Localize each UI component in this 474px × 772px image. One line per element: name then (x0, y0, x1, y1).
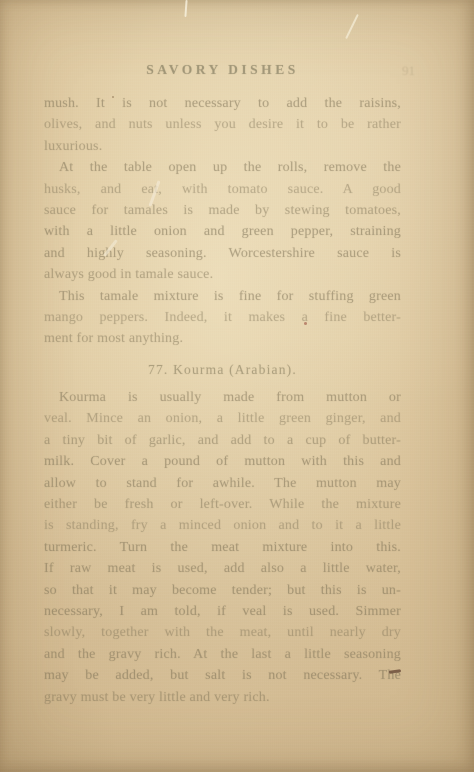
text-line: necessary, I am told, if veal is used. S… (44, 601, 401, 622)
text-line: olives, and nuts unless you desire it to… (44, 114, 401, 135)
text-line: so that it may become tender; but this i… (44, 580, 401, 601)
text-line: sauce for tamales is made by stewing tom… (44, 200, 401, 221)
text-line: allow to stand for awhile. The mutton ma… (44, 473, 401, 494)
text-line: At the table open up the rolls, remove t… (44, 157, 401, 178)
text-line: always good in tamale sauce. (44, 264, 401, 285)
text-line: ment for most anything. (44, 328, 401, 349)
scanned-book-page: SAVORY DISHES 91 mush. It is not necessa… (0, 0, 474, 772)
text-line: mango peppers. Indeed, it makes a fine b… (44, 307, 401, 328)
running-header: SAVORY DISHES 91 (44, 62, 401, 80)
text-line: with a little onion and green pepper, st… (44, 221, 401, 242)
text-line: turmeric. Turn the meat mixture into thi… (44, 537, 401, 558)
text-line: a tiny bit of garlic, and add to a cup o… (44, 430, 401, 451)
text-line: veal. Mince an onion, a little green gin… (44, 408, 401, 429)
text-line: gravy must be very little and very rich. (44, 687, 401, 708)
text-line: is standing, fry a minced onion and to i… (44, 515, 401, 536)
text-line: Kourma is usually made from mutton or (44, 387, 401, 408)
page-title: SAVORY DISHES (44, 62, 401, 78)
text-line: milk. Cover a pound of mutton with this … (44, 451, 401, 472)
text-line: and the gravy rich. At the last a little… (44, 644, 401, 665)
text-line: luxurious. (44, 136, 401, 157)
paragraph: Kourma is usually made from mutton orvea… (44, 387, 401, 708)
text-line: husks, and eat, with tomato sauce. A goo… (44, 179, 401, 200)
paper-scratch-mark (184, 0, 187, 17)
text-line: If raw meat is used, add also a little w… (44, 558, 401, 579)
page-body: mush. It is not necessary to add the rai… (44, 93, 401, 708)
text-line: may be added, but salt is not necessary.… (44, 665, 401, 686)
paragraph: This tamale mixture is fine for stuffing… (44, 286, 401, 350)
text-line: slowly, together with the meat, until ne… (44, 622, 401, 643)
text-line: mush. It is not necessary to add the rai… (44, 93, 401, 114)
paragraph: At the table open up the rolls, remove t… (44, 157, 401, 285)
paper-scratch-mark (345, 14, 359, 39)
section-heading: 77. Kourma (Arabian). (44, 359, 401, 380)
paragraph: mush. It is not necessary to add the rai… (44, 93, 401, 157)
text-line: either be fresh or left-over. While the … (44, 494, 401, 515)
text-line: This tamale mixture is fine for stuffing… (44, 286, 401, 307)
page-number: 91 (402, 63, 415, 79)
text-line: and highly seasoning. Worcestershire sau… (44, 243, 401, 264)
